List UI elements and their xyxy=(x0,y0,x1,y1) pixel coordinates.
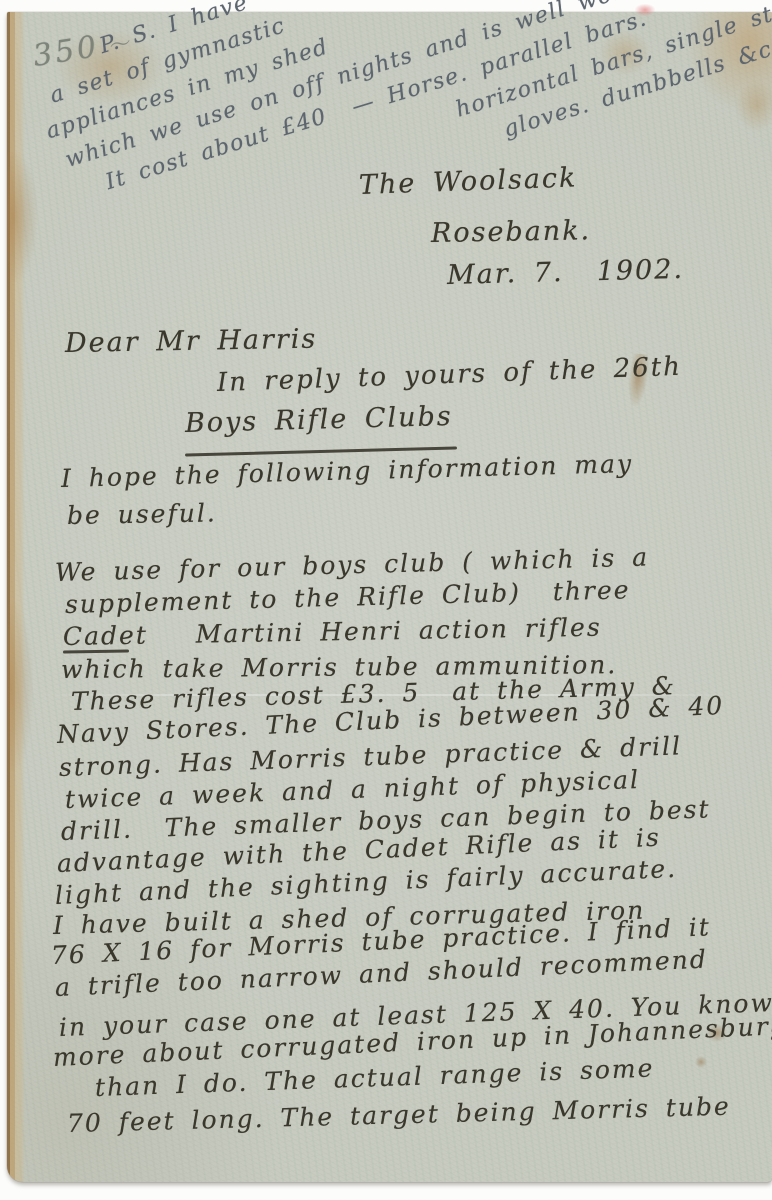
letter-date: Mar. 7. 1902. xyxy=(447,254,685,291)
stain-bottom-right-2 xyxy=(695,1056,707,1068)
letter-paper: 350 〜 P. S. I have a set of gymnastic ap… xyxy=(7,12,772,1182)
postscript-block: P. S. I have a set of gymnastic applianc… xyxy=(21,0,772,275)
reply-reference-line: In reply to yours of the 26th xyxy=(216,352,682,398)
address-house: The Woolsack xyxy=(358,162,577,201)
body-line: I hope the following information may xyxy=(61,449,634,493)
stain-right-edge xyxy=(735,80,772,132)
salutation: Dear Mr Harris xyxy=(65,324,318,359)
body-line: Cadet Martini Henri action rifles xyxy=(63,613,602,651)
paper-left-deckle-edge xyxy=(7,12,25,1182)
address-suburb: Rosebank. xyxy=(431,215,592,249)
letter-photo: 350 〜 P. S. I have a set of gymnastic ap… xyxy=(0,0,772,1200)
subject-line: Boys Rifle Clubs xyxy=(185,401,453,439)
body-line: be useful. xyxy=(67,498,217,530)
